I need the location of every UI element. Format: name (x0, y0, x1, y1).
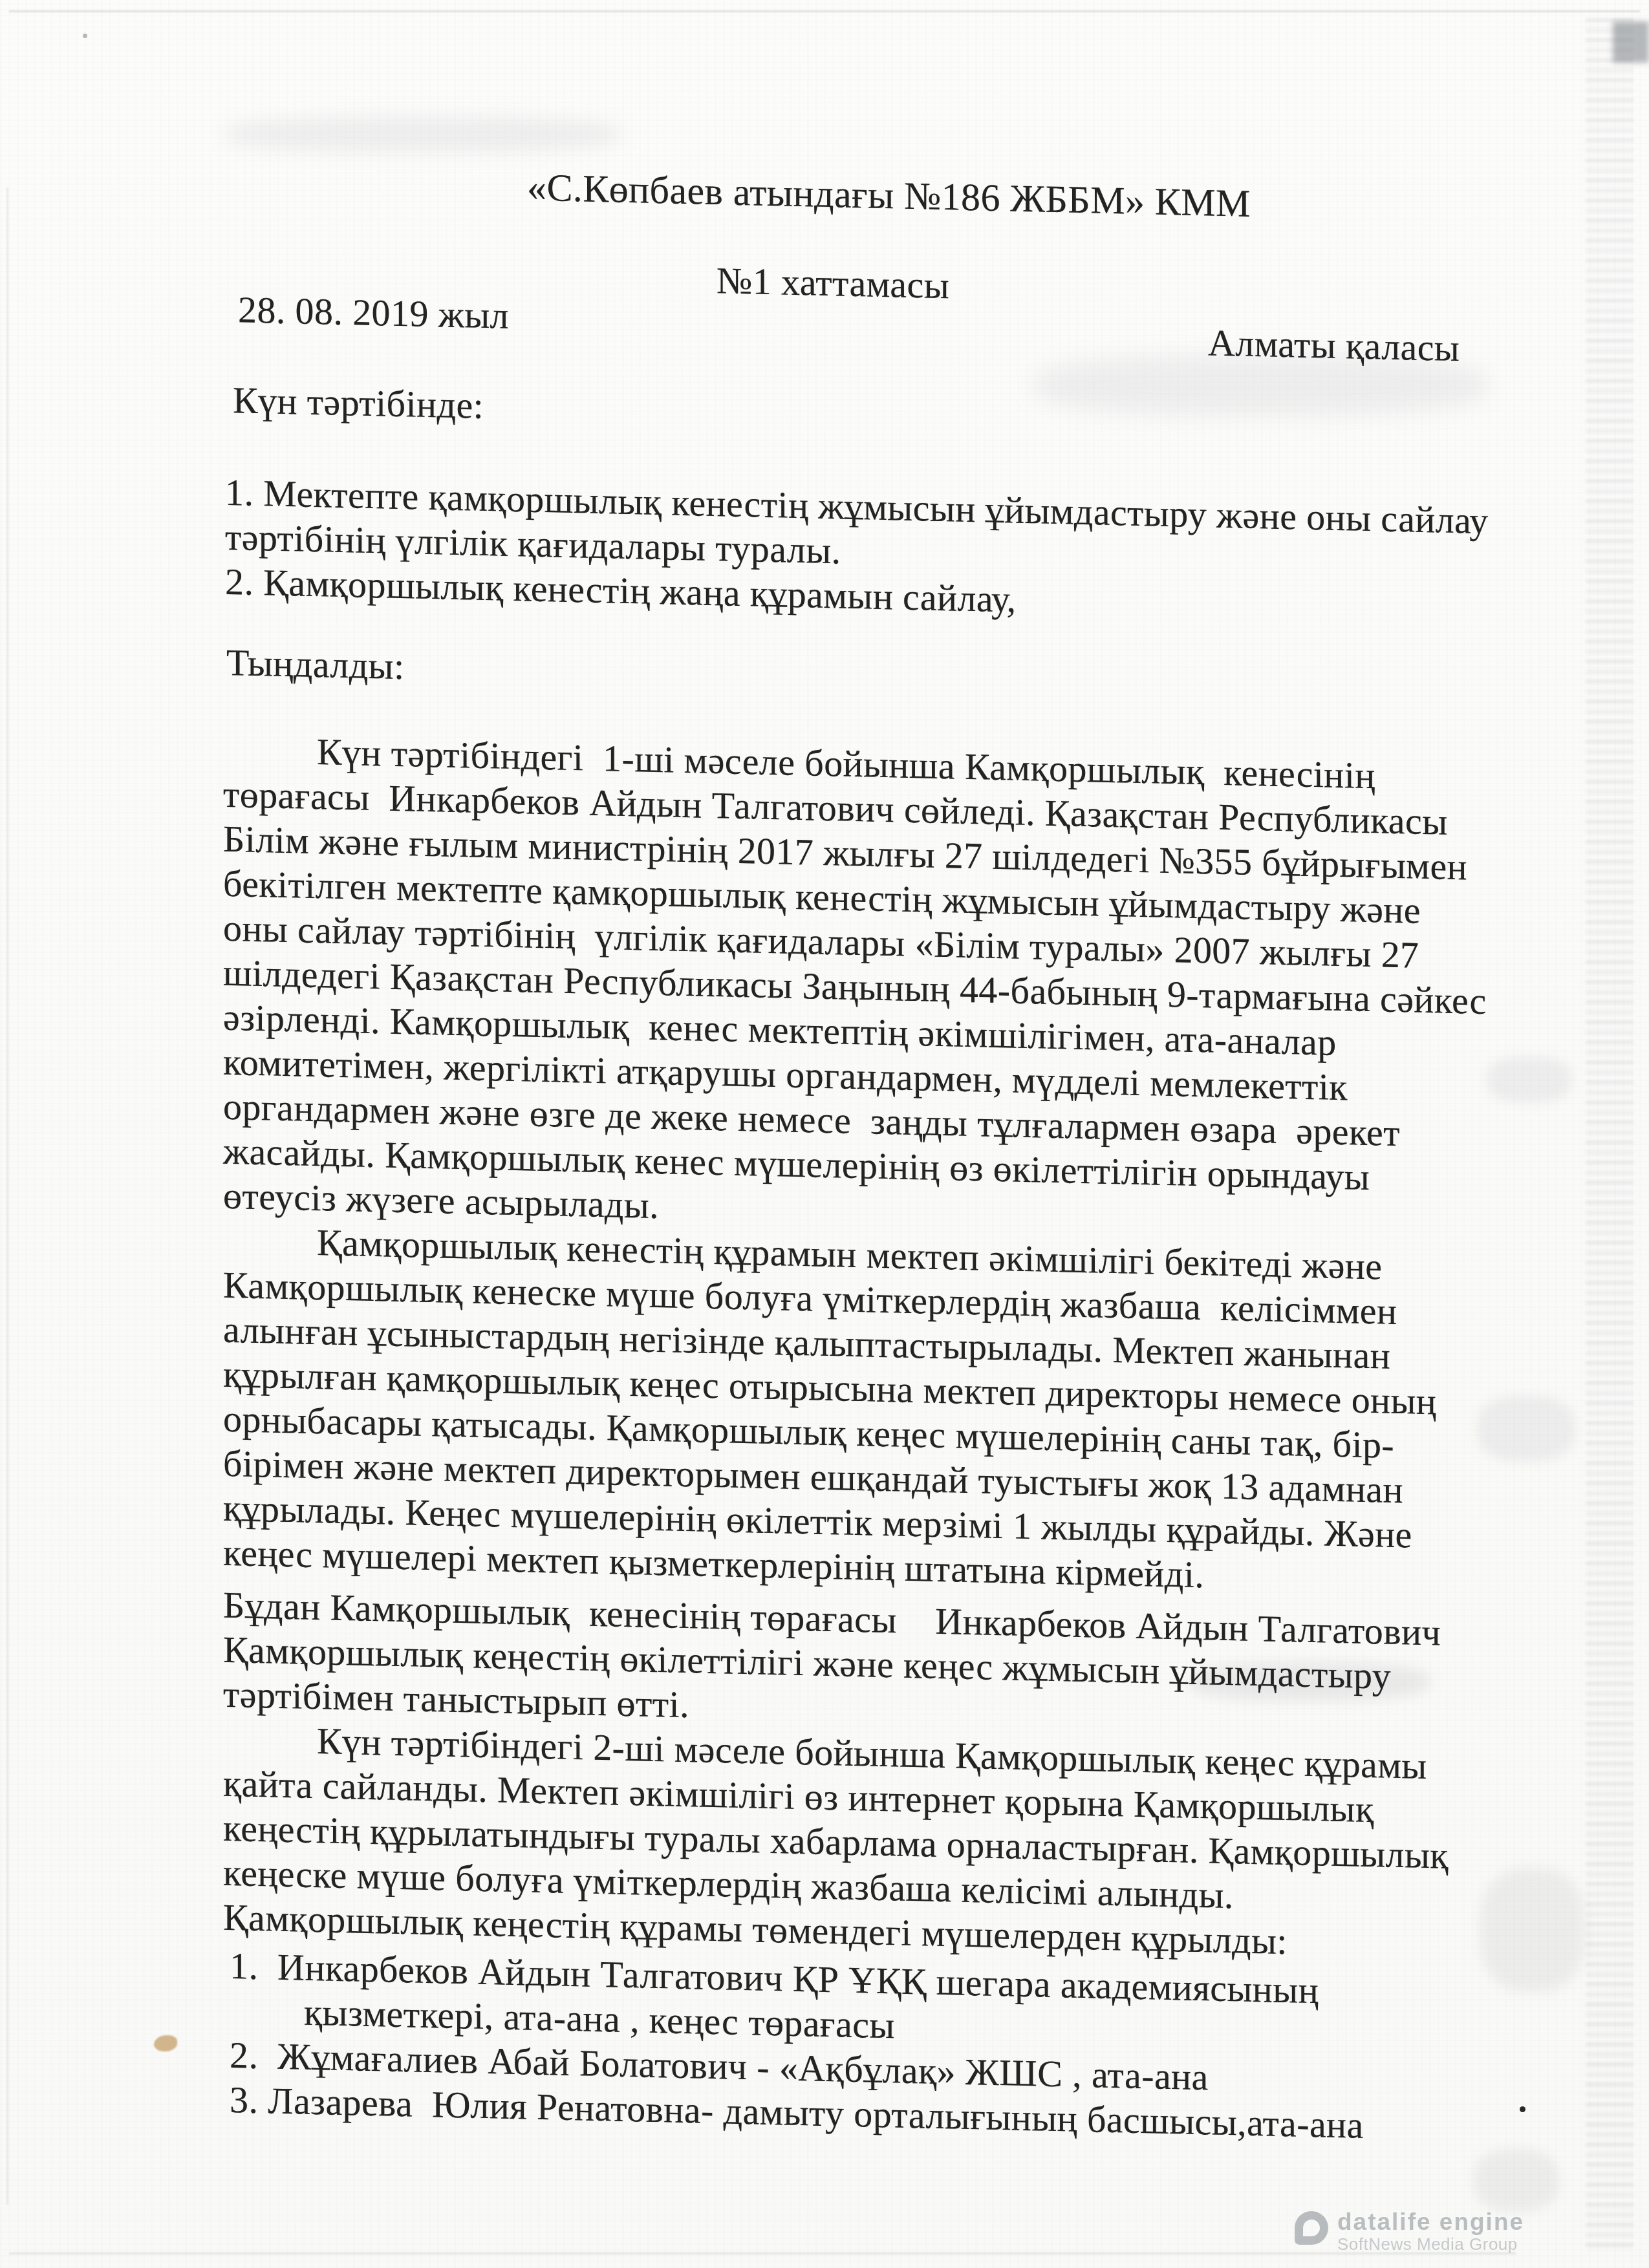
paragraph-issue-1: Күн тәртібіндегі 1-ші мәселе бойынша Кам… (223, 727, 1649, 1250)
paragraph-council-composition: Қамқоршылық кенестің құрамын мектеп әкім… (223, 1218, 1649, 1607)
agenda-heading: Күн тәртібінде: (233, 378, 1649, 455)
document-text-layer: «С.Көпбаев атындағы №186 ЖББМ» КММ №1 ха… (0, 0, 1649, 2154)
paragraph-issue-2: Күн тәртібіндегі 2-ші мәселе бойынша Қам… (223, 1717, 1649, 1972)
page-title: «С.Көпбаев атындағы №186 ЖББМ» КММ (527, 164, 1649, 235)
watermark-subtitle: SoftNews Media Group (1337, 2234, 1524, 2254)
scan-smudge (1474, 2150, 1558, 2211)
city-label: Алматы қаласы (1208, 320, 1649, 375)
member-list: 1. Инкарбеков Айдын Талгатович ҚР ҰҚҚ ше… (230, 1943, 1649, 2154)
heard-heading: Тыңдалды: (226, 640, 1649, 718)
scanned-protocol-document: { "document": { "title": "«С.Көпбаев аты… (0, 0, 1649, 2268)
datalife-logo-icon (1295, 2211, 1328, 2245)
scan-bottom-edge (9, 2252, 1516, 2254)
watermark-brand: DataLife Engine (1337, 2210, 1524, 2234)
watermark: DataLife Engine SoftNews Media Group (1295, 2210, 1524, 2254)
agenda-list: 1. Мектепте қамқоршылық кенестің жұмысын… (225, 470, 1649, 636)
